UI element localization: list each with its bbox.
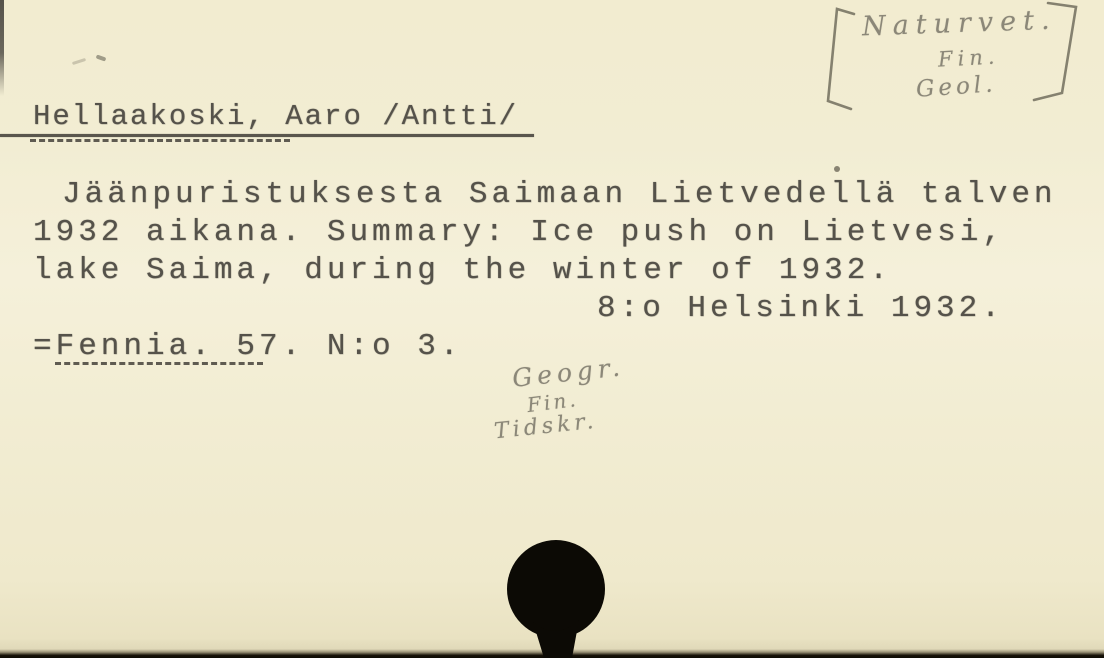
catalog-card: Naturvet. Fin. Geol. Hellaakoski, Aaro /… [0, 0, 1104, 658]
punch-hole [0, 0, 1104, 658]
